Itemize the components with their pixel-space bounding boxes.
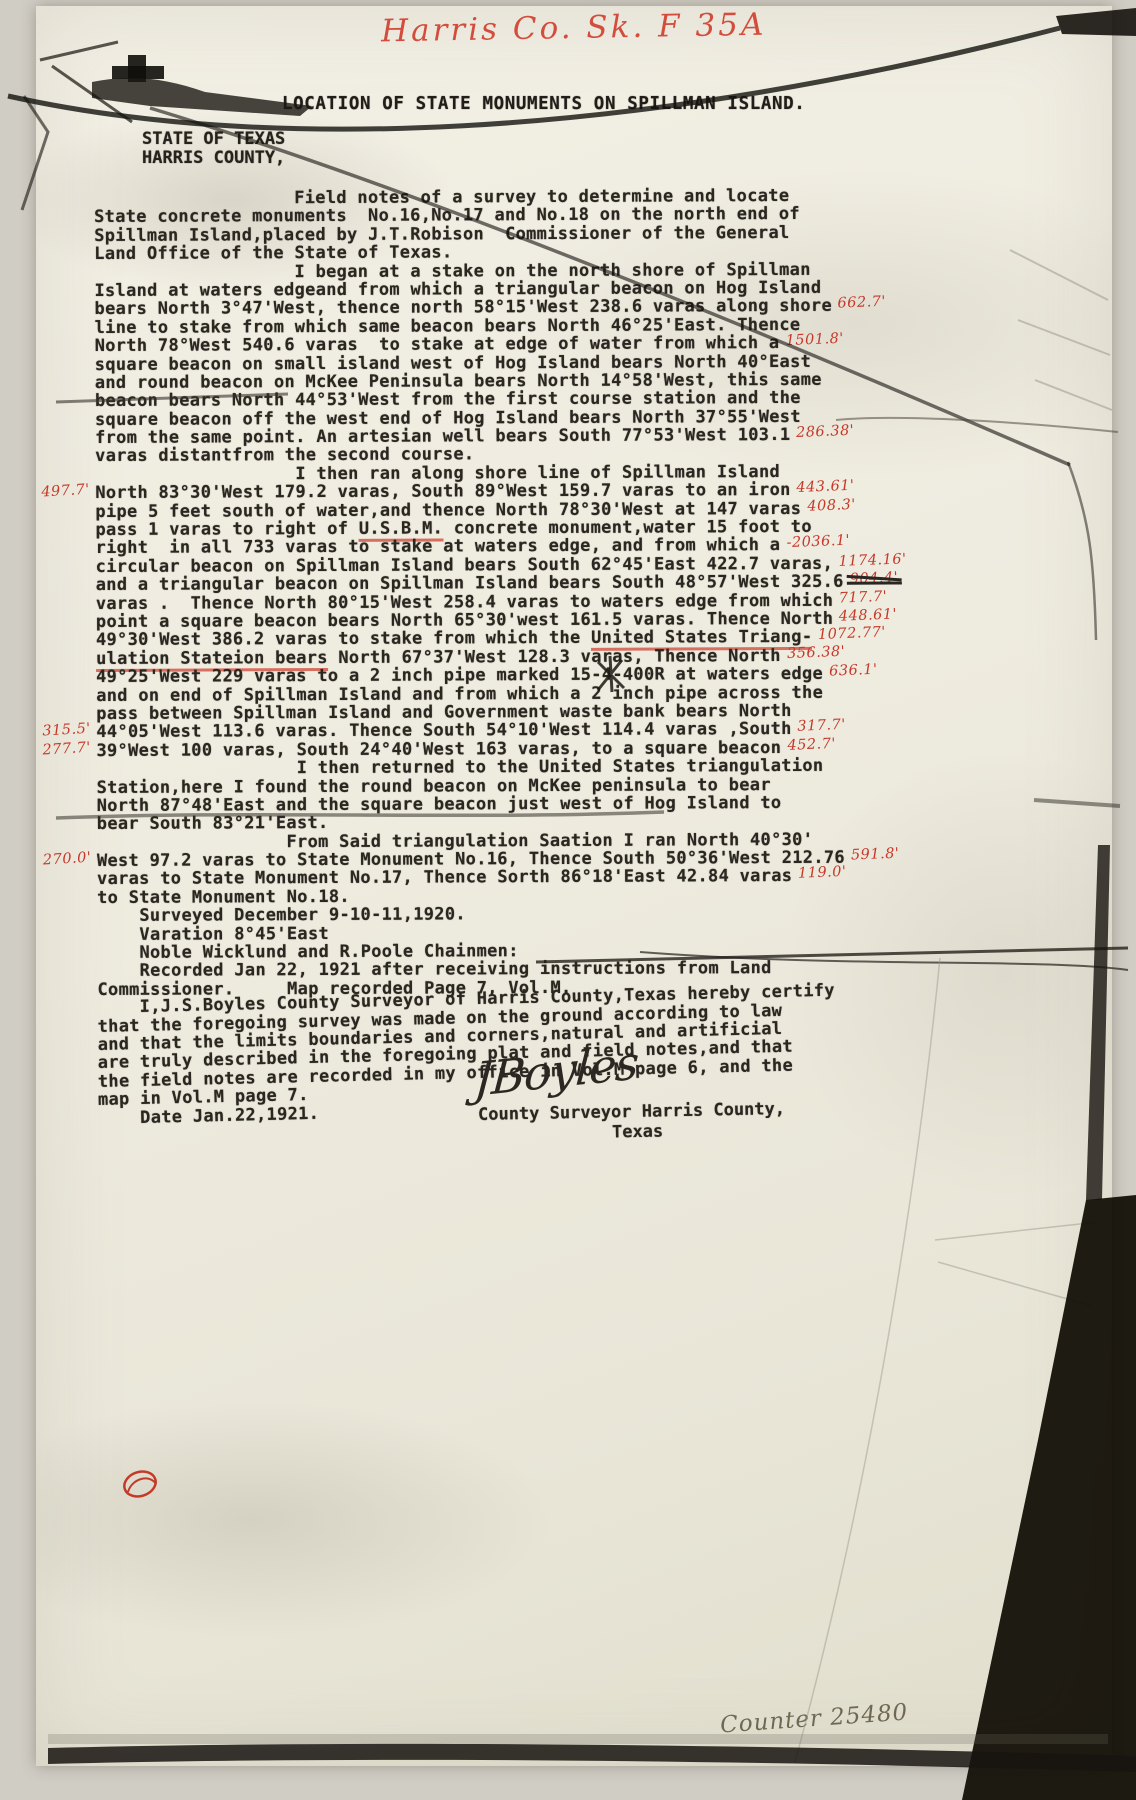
red-margin-annotation-right: 317.7' (797, 716, 846, 736)
heading-state: STATE OF TEXAS (142, 130, 285, 149)
red-margin-annotation-right: 636.1' (829, 661, 878, 681)
scanned-survey-document: { "colors":{"red_ink":"#c6392a","paper":… (0, 0, 1136, 1800)
red-margin-annotation-left: 497.7' (41, 481, 90, 502)
red-margin-annotation-right: -2036.1' (786, 532, 850, 553)
red-margin-annotation-right: 356.38' (786, 642, 845, 663)
red-margin-annotation-right: 717.7' (839, 587, 888, 607)
red-margin-annotation-right: 1072.77' (818, 624, 887, 645)
red-margin-annotation-left: 277.7' (42, 738, 91, 759)
heading-block: STATE OF TEXAS HARRIS COUNTY, (142, 130, 285, 168)
red-margin-annotation-left: 270.0' (42, 849, 91, 870)
document-body-lines: Field notes of a survey to determine and… (94, 186, 909, 1127)
red-margin-annotation-right: 904.4' (849, 569, 898, 589)
heading-county: HARRIS COUNTY, (142, 149, 285, 168)
red-margin-annotation-right: 452.7' (787, 735, 836, 755)
counter-number: Counter 25480 (719, 1699, 909, 1738)
red-margin-annotation-right: 662.7' (838, 293, 887, 313)
red-margin-annotation-right: 408.3' (807, 495, 856, 515)
handwritten-file-number: Harris Co. Sk. F 35A (381, 7, 767, 50)
paper: Harris Co. Sk. F 35A LOCATION OF STATE M… (36, 6, 1112, 1766)
red-margin-annotation-left: 315.5' (42, 720, 91, 741)
document-title: LOCATION OF STATE MONUMENTS ON SPILLMAN … (282, 94, 805, 114)
red-margin-annotation-right: 443.61' (796, 477, 855, 498)
red-margin-annotation-right: 591.8' (851, 845, 900, 865)
red-margin-annotation-right: 1501.8' (785, 330, 844, 351)
signature-caption-line2: Texas (612, 1122, 664, 1143)
red-margin-annotation-right: 119.0' (798, 863, 847, 883)
red-margin-annotation-right: 286.38' (796, 422, 855, 443)
